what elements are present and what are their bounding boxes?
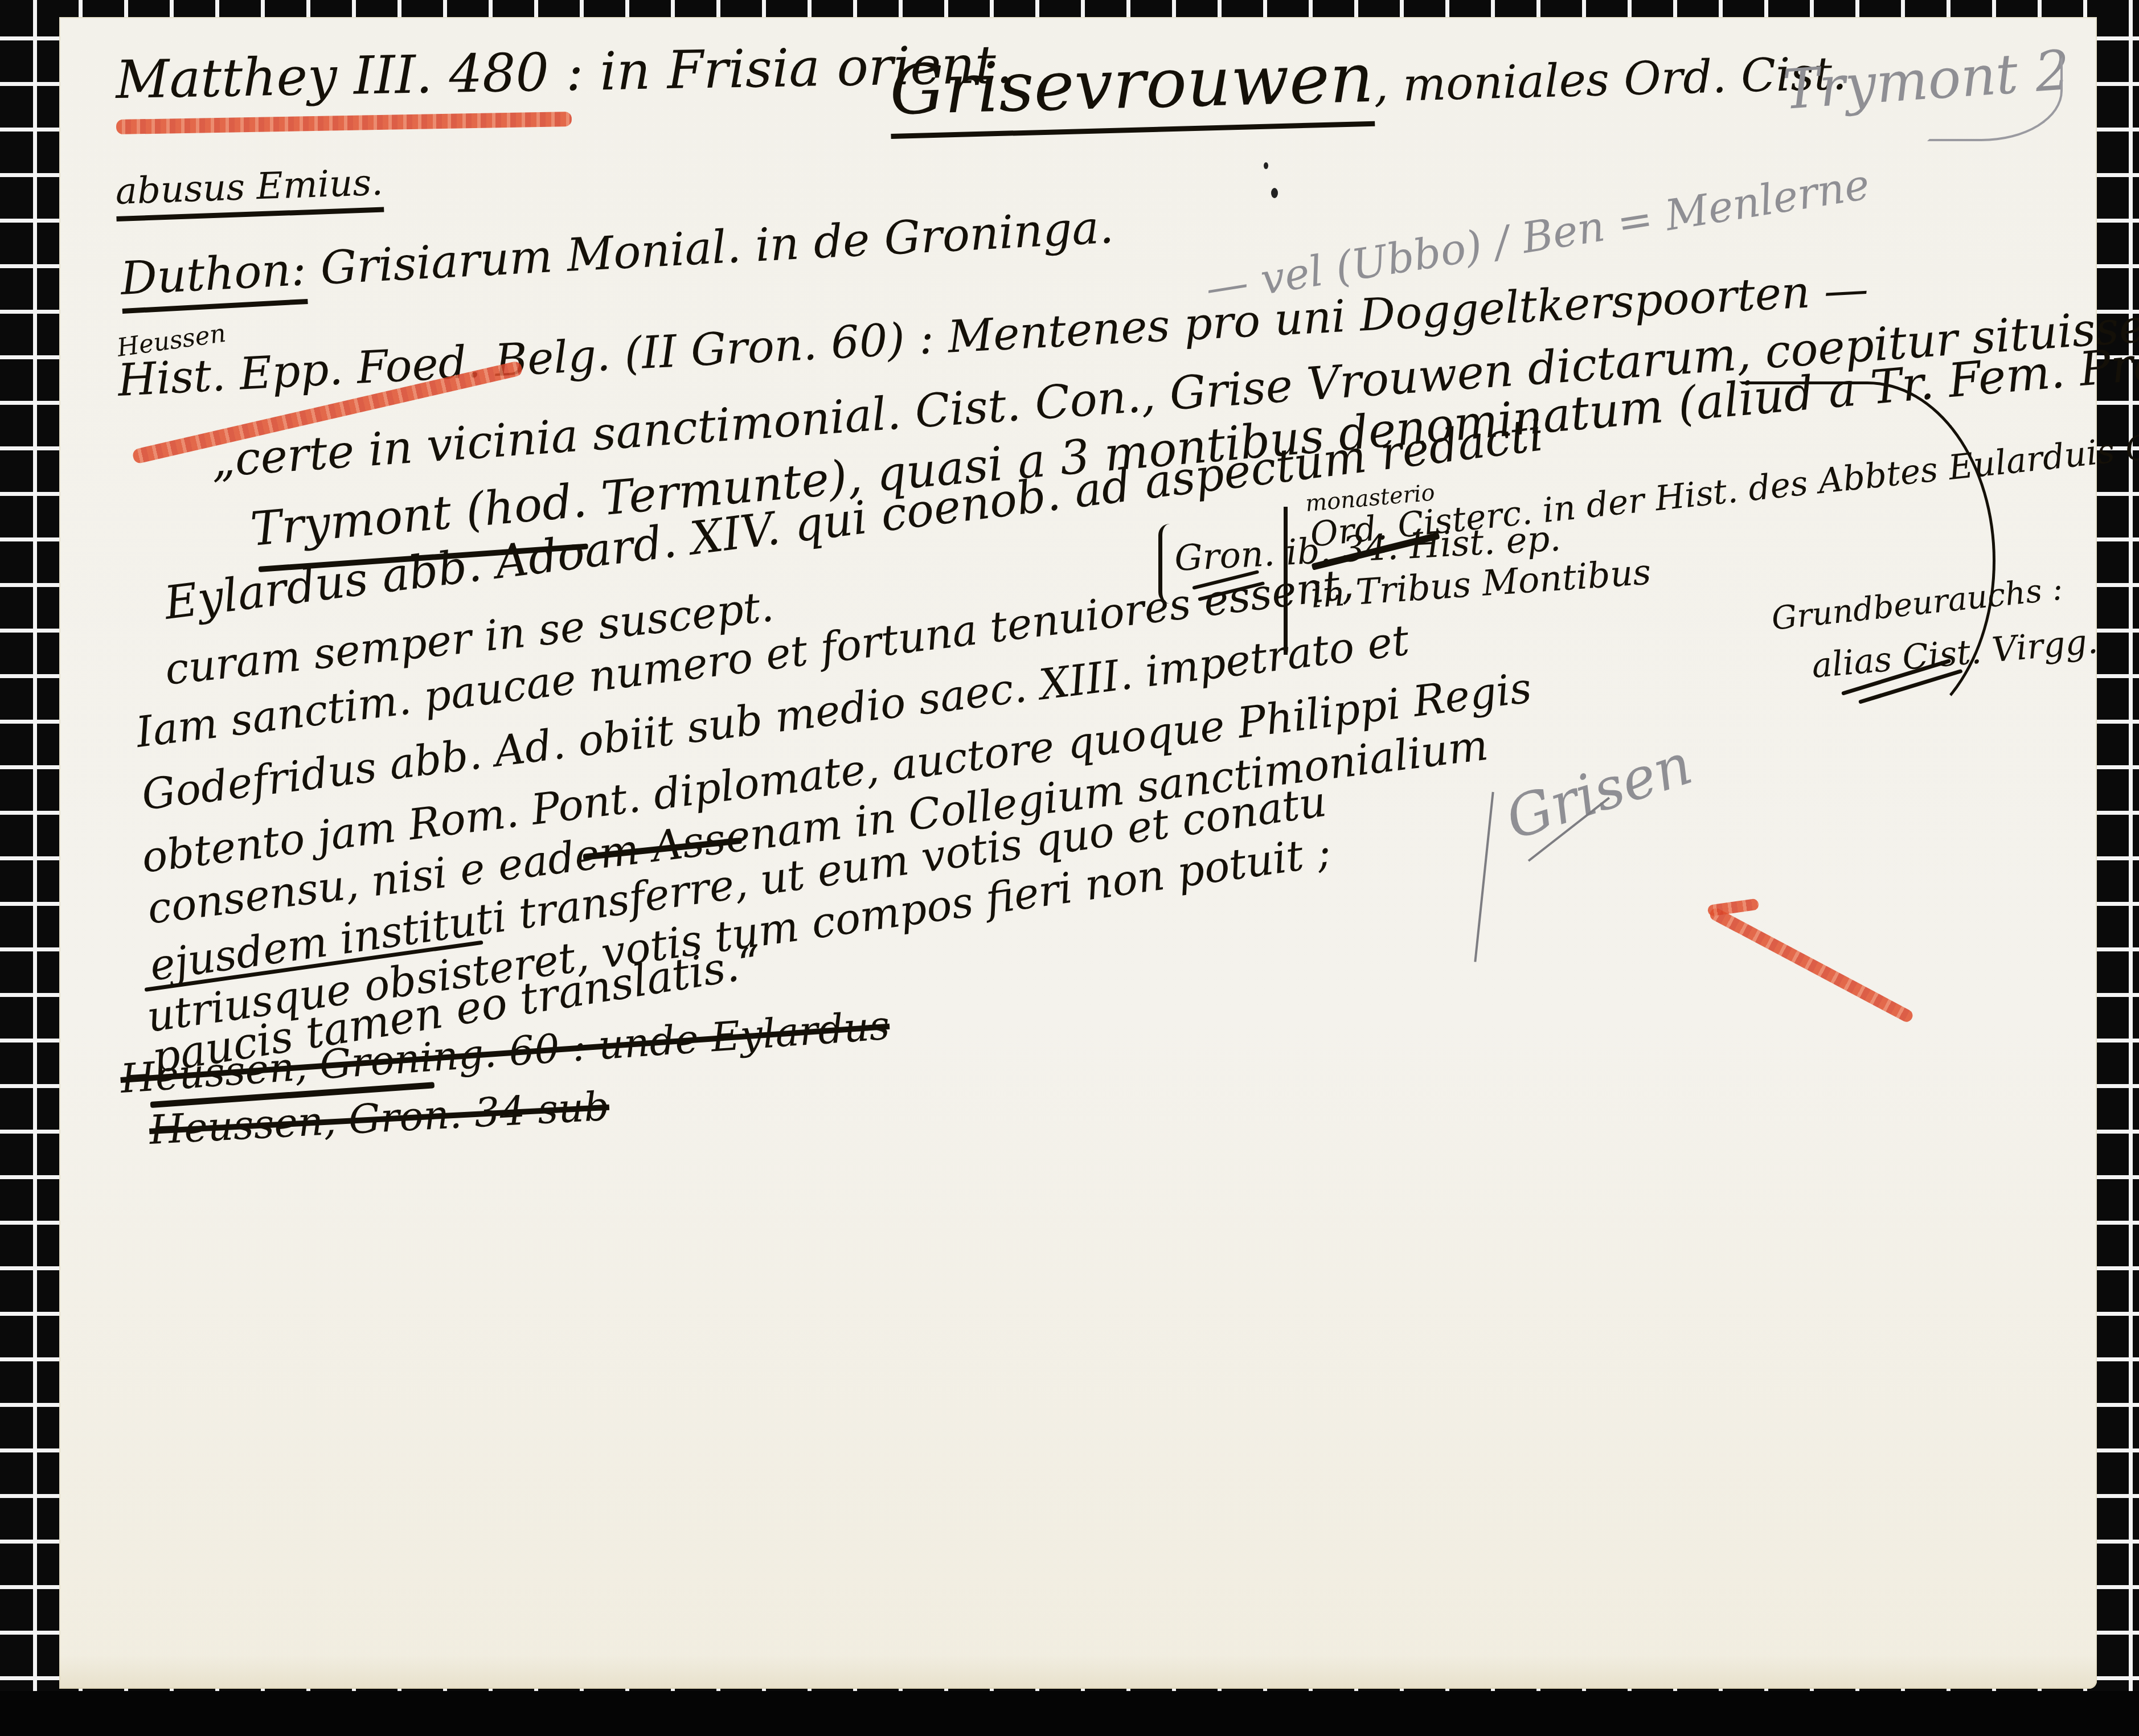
title-suffix: , moniales Ord. Cist. bbox=[1373, 47, 1847, 112]
pencil-note-grisen: Grisen bbox=[1499, 736, 1698, 848]
duthon-label: Duthon: bbox=[119, 243, 308, 314]
title-word: Grisevrouwen bbox=[889, 39, 1375, 139]
line-text: abusus Emius. bbox=[115, 162, 384, 221]
ink-speck bbox=[1264, 162, 1268, 169]
ink-speck bbox=[1271, 188, 1278, 198]
source-reference: Matthey III. 480 : in Frisia orient. bbox=[115, 39, 1013, 106]
red-crayon-arrow bbox=[1708, 906, 1915, 1024]
bracket-vertical bbox=[1284, 507, 1299, 655]
pencil-vertical-stroke bbox=[1474, 792, 1494, 962]
scan-background-bottom bbox=[0, 1691, 2139, 1736]
manuscript-sheet: Matthey III. 480 : in Frisia orient. Gri… bbox=[59, 17, 2097, 1689]
red-crayon-underline-source bbox=[116, 112, 572, 134]
line-text: Grisiarum Monial. in de Groninga. bbox=[319, 200, 1114, 295]
document-title: Grisevrouwen, moniales Ord. Cist. bbox=[889, 32, 1847, 125]
line-duthon: Duthon: Grisiarum Monial. in de Groninga… bbox=[120, 204, 1114, 302]
line-abusus: abusus Emius. bbox=[115, 165, 384, 210]
struck-line-heussen-gron: Heussen, Gron. 34 sub bbox=[148, 1086, 610, 1150]
red-crayon-arrow-head bbox=[1707, 898, 1760, 917]
pencil-corner-arc bbox=[1927, 57, 2063, 141]
